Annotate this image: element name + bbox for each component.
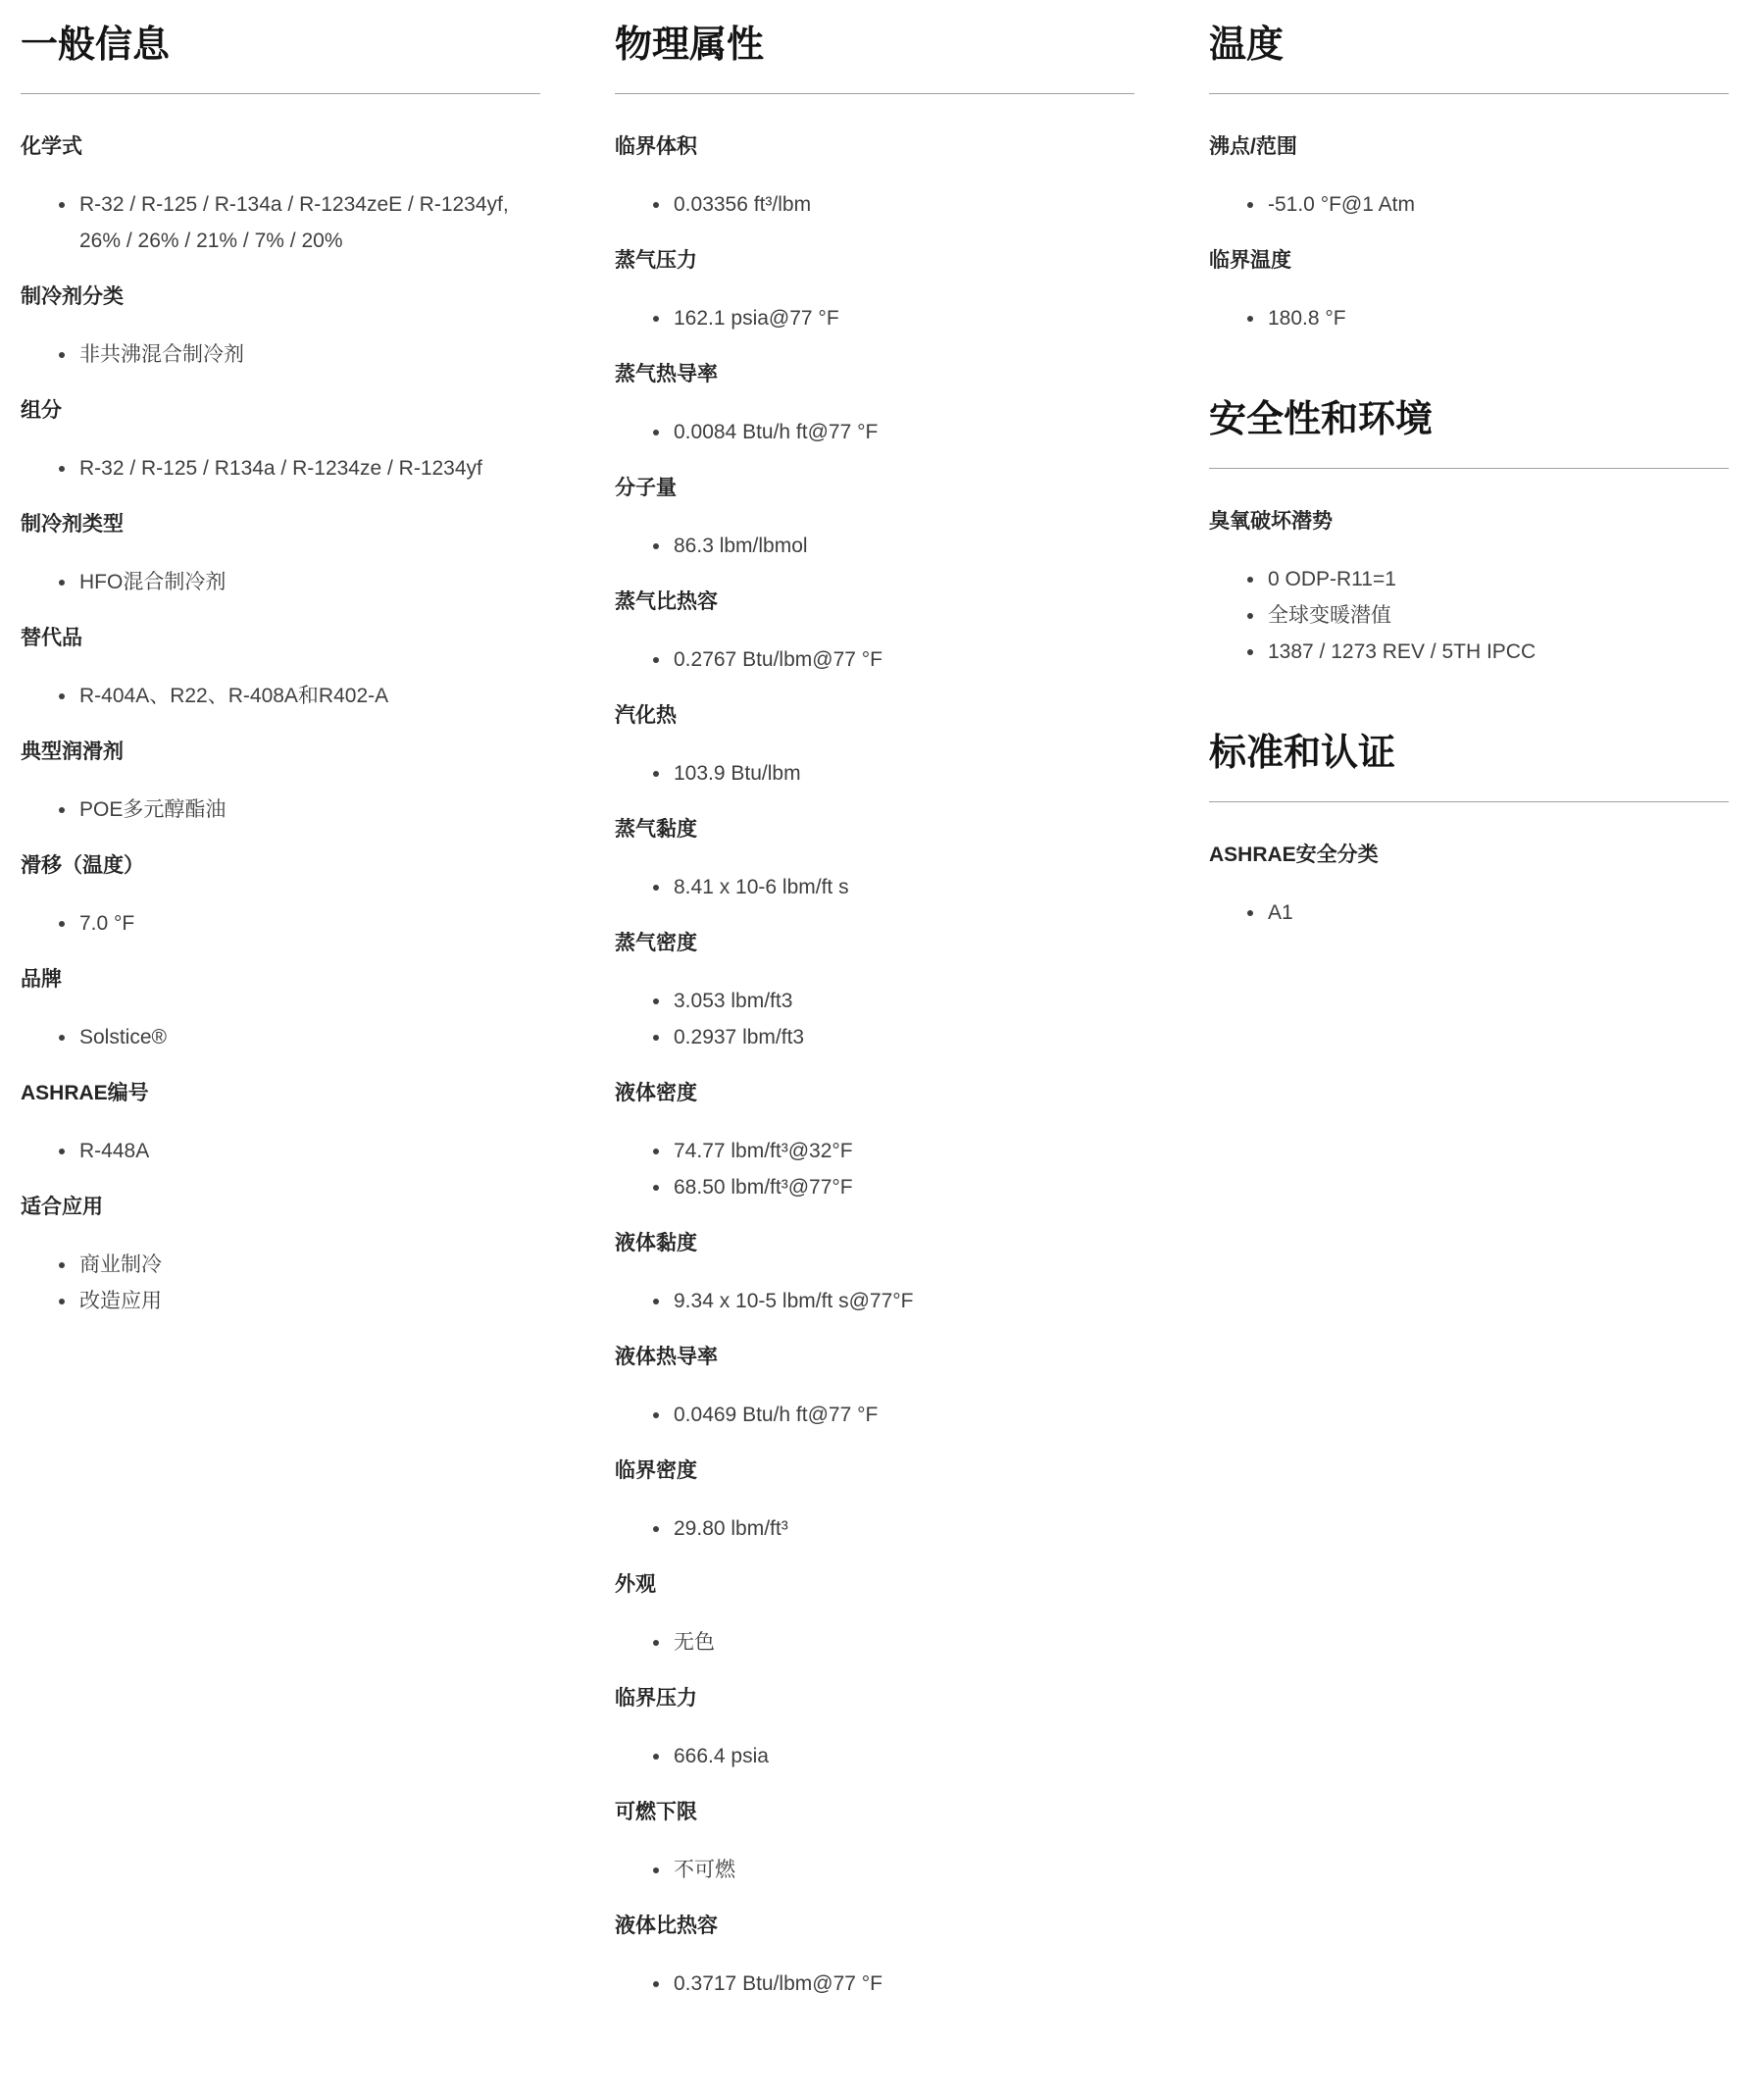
spec-label: 化学式 [21, 128, 540, 165]
spec-list: POE多元醇酯油 [21, 792, 540, 828]
spec-section: 物理属性临界体积0.03356 ft³/lbm蒸气压力162.1 psia@77… [615, 24, 1134, 2002]
spec-column: 温度沸点/范围-51.0 °F@1 Atm临界温度180.8 °F安全性和环境臭… [1209, 24, 1729, 950]
spec-list: R-404A、R22、R-408A和R402-A [21, 678, 540, 714]
spec-block: 沸点/范围-51.0 °F@1 Atm [1209, 128, 1729, 223]
spec-block: 液体黏度9.34 x 10-5 lbm/ft s@77°F [615, 1225, 1134, 1319]
spec-label: 臭氧破坏潜势 [1209, 503, 1729, 539]
spec-block: 臭氧破坏潜势0 ODP-R11=1全球变暖潜值1387 / 1273 REV /… [1209, 503, 1729, 670]
spec-block: 临界密度29.80 lbm/ft³ [615, 1453, 1134, 1547]
spec-column: 物理属性临界体积0.03356 ft³/lbm蒸气压力162.1 psia@77… [615, 24, 1134, 2021]
spec-item: 0.03356 ft³/lbm [672, 186, 1134, 223]
spec-label: 临界压力 [615, 1680, 1134, 1716]
spec-grid: 一般信息化学式R-32 / R-125 / R-134a / R-1234zeE… [21, 24, 1729, 2021]
spec-list: 商业制冷改造应用 [21, 1247, 540, 1319]
spec-item: 103.9 Btu/lbm [672, 755, 1134, 792]
spec-list: 非共沸混合制冷剂 [21, 336, 540, 373]
spec-block: 液体密度74.77 lbm/ft³@32°F68.50 lbm/ft³@77°F [615, 1075, 1134, 1205]
spec-item: HFO混合制冷剂 [77, 564, 540, 600]
spec-label: 蒸气比热容 [615, 584, 1134, 620]
spec-list: 0.3717 Btu/lbm@77 °F [615, 1966, 1134, 2002]
spec-item: 不可燃 [672, 1852, 1134, 1888]
spec-block: 品牌Solstice® [21, 961, 540, 1055]
spec-section: 安全性和环境臭氧破坏潜势0 ODP-R11=1全球变暖潜值1387 / 1273… [1209, 398, 1729, 670]
spec-block: 组分R-32 / R-125 / R134a / R-1234ze / R-12… [21, 392, 540, 486]
spec-item: R-32 / R-125 / R134a / R-1234ze / R-1234… [77, 450, 540, 486]
spec-list: A1 [1209, 894, 1729, 931]
spec-block: 外观无色 [615, 1566, 1134, 1661]
section-divider [1209, 468, 1729, 469]
section-title: 温度 [1209, 24, 1729, 67]
spec-item: R-448A [77, 1133, 540, 1169]
spec-label: 临界温度 [1209, 242, 1729, 279]
spec-block: 蒸气密度3.053 lbm/ft30.2937 lbm/ft3 [615, 925, 1134, 1055]
spec-item: 0.0469 Btu/h ft@77 °F [672, 1397, 1134, 1433]
spec-block: 适合应用商业制冷改造应用 [21, 1189, 540, 1319]
spec-list: 0.03356 ft³/lbm [615, 186, 1134, 223]
spec-block: ASHRAE安全分类A1 [1209, 837, 1729, 931]
spec-list: Solstice® [21, 1019, 540, 1055]
spec-item: 商业制冷 [77, 1247, 540, 1283]
spec-list: 86.3 lbm/lbmol [615, 528, 1134, 564]
spec-label: 典型润滑剂 [21, 734, 540, 770]
spec-page: 一般信息化学式R-32 / R-125 / R-134a / R-1234zeE… [0, 0, 1764, 2061]
spec-block: 滑移（温度）7.0 °F [21, 847, 540, 942]
spec-list: 666.4 psia [615, 1738, 1134, 1774]
spec-label: 蒸气密度 [615, 925, 1134, 961]
section-divider [615, 93, 1134, 94]
spec-block: 制冷剂类型HFO混合制冷剂 [21, 506, 540, 600]
spec-list: 162.1 psia@77 °F [615, 300, 1134, 336]
spec-label: 临界密度 [615, 1453, 1134, 1489]
spec-block: 蒸气热导率0.0084 Btu/h ft@77 °F [615, 356, 1134, 450]
spec-list: -51.0 °F@1 Atm [1209, 186, 1729, 223]
spec-block: 替代品R-404A、R22、R-408A和R402-A [21, 620, 540, 714]
spec-list: 0.2767 Btu/lbm@77 °F [615, 641, 1134, 678]
spec-item: 0.0084 Btu/h ft@77 °F [672, 414, 1134, 450]
spec-label: ASHRAE安全分类 [1209, 837, 1729, 873]
spec-block: 分子量86.3 lbm/lbmol [615, 470, 1134, 564]
spec-item: -51.0 °F@1 Atm [1266, 186, 1729, 223]
spec-label: 品牌 [21, 961, 540, 997]
spec-block: 蒸气黏度8.41 x 10-6 lbm/ft s [615, 811, 1134, 905]
spec-label: 制冷剂分类 [21, 279, 540, 315]
spec-label: 制冷剂类型 [21, 506, 540, 542]
spec-block: 可燃下限不可燃 [615, 1794, 1134, 1888]
spec-label: 汽化热 [615, 697, 1134, 734]
section-divider [1209, 93, 1729, 94]
spec-item: R-404A、R22、R-408A和R402-A [77, 678, 540, 714]
section-divider [21, 93, 540, 94]
spec-label: 蒸气黏度 [615, 811, 1134, 847]
spec-list: 0 ODP-R11=1全球变暖潜值1387 / 1273 REV / 5TH I… [1209, 561, 1729, 670]
spec-label: 临界体积 [615, 128, 1134, 165]
spec-list: R-32 / R-125 / R134a / R-1234ze / R-1234… [21, 450, 540, 486]
spec-item: 74.77 lbm/ft³@32°F [672, 1133, 1134, 1169]
spec-block: 制冷剂分类非共沸混合制冷剂 [21, 279, 540, 373]
spec-label: ASHRAE编号 [21, 1075, 540, 1111]
spec-list: 9.34 x 10-5 lbm/ft s@77°F [615, 1283, 1134, 1319]
spec-list: 0.0084 Btu/h ft@77 °F [615, 414, 1134, 450]
spec-label: 适合应用 [21, 1189, 540, 1225]
spec-block: 蒸气压力162.1 psia@77 °F [615, 242, 1134, 336]
spec-section: 标准和认证ASHRAE安全分类A1 [1209, 732, 1729, 931]
spec-label: 液体密度 [615, 1075, 1134, 1111]
spec-item: 9.34 x 10-5 lbm/ft s@77°F [672, 1283, 1134, 1319]
spec-list: 74.77 lbm/ft³@32°F68.50 lbm/ft³@77°F [615, 1133, 1134, 1205]
spec-list: 不可燃 [615, 1852, 1134, 1888]
spec-item: Solstice® [77, 1019, 540, 1055]
section-divider [1209, 801, 1729, 802]
spec-item: POE多元醇酯油 [77, 792, 540, 828]
spec-label: 滑移（温度） [21, 847, 540, 884]
spec-label: 可燃下限 [615, 1794, 1134, 1830]
spec-item: 29.80 lbm/ft³ [672, 1510, 1134, 1547]
spec-list: 8.41 x 10-6 lbm/ft s [615, 869, 1134, 905]
spec-label: 蒸气压力 [615, 242, 1134, 279]
spec-list: 29.80 lbm/ft³ [615, 1510, 1134, 1547]
spec-block: 液体比热容0.3717 Btu/lbm@77 °F [615, 1908, 1134, 2002]
spec-section: 一般信息化学式R-32 / R-125 / R-134a / R-1234zeE… [21, 24, 540, 1319]
spec-item: 666.4 psia [672, 1738, 1134, 1774]
spec-list: R-448A [21, 1133, 540, 1169]
spec-block: 液体热导率0.0469 Btu/h ft@77 °F [615, 1339, 1134, 1433]
spec-section: 温度沸点/范围-51.0 °F@1 Atm临界温度180.8 °F [1209, 24, 1729, 336]
spec-item: 0.2767 Btu/lbm@77 °F [672, 641, 1134, 678]
spec-block: 蒸气比热容0.2767 Btu/lbm@77 °F [615, 584, 1134, 678]
spec-item: 68.50 lbm/ft³@77°F [672, 1169, 1134, 1205]
spec-label: 沸点/范围 [1209, 128, 1729, 165]
spec-item: 全球变暖潜值 [1266, 597, 1729, 634]
spec-label: 外观 [615, 1566, 1134, 1603]
spec-block: 临界压力666.4 psia [615, 1680, 1134, 1774]
spec-list: R-32 / R-125 / R-134a / R-1234zeE / R-12… [21, 186, 540, 259]
spec-label: 替代品 [21, 620, 540, 656]
spec-item: 0.3717 Btu/lbm@77 °F [672, 1966, 1134, 2002]
spec-item: 0.2937 lbm/ft3 [672, 1019, 1134, 1055]
spec-block: ASHRAE编号R-448A [21, 1075, 540, 1169]
spec-item: 162.1 psia@77 °F [672, 300, 1134, 336]
spec-block: 化学式R-32 / R-125 / R-134a / R-1234zeE / R… [21, 128, 540, 259]
spec-label: 液体热导率 [615, 1339, 1134, 1375]
spec-list: 3.053 lbm/ft30.2937 lbm/ft3 [615, 983, 1134, 1055]
spec-column: 一般信息化学式R-32 / R-125 / R-134a / R-1234zeE… [21, 24, 540, 1339]
section-title: 物理属性 [615, 24, 1134, 67]
spec-label: 液体比热容 [615, 1908, 1134, 1944]
section-title: 一般信息 [21, 24, 540, 67]
spec-item: 86.3 lbm/lbmol [672, 528, 1134, 564]
spec-item: 无色 [672, 1624, 1134, 1661]
spec-label: 分子量 [615, 470, 1134, 506]
spec-item: 8.41 x 10-6 lbm/ft s [672, 869, 1134, 905]
spec-item: 7.0 °F [77, 905, 540, 942]
spec-list: HFO混合制冷剂 [21, 564, 540, 600]
spec-list: 103.9 Btu/lbm [615, 755, 1134, 792]
spec-list: 0.0469 Btu/h ft@77 °F [615, 1397, 1134, 1433]
spec-item: 1387 / 1273 REV / 5TH IPCC [1266, 634, 1729, 670]
spec-item: 0 ODP-R11=1 [1266, 561, 1729, 597]
spec-label: 液体黏度 [615, 1225, 1134, 1261]
spec-item: R-32 / R-125 / R-134a / R-1234zeE / R-12… [77, 186, 540, 259]
spec-block: 典型润滑剂POE多元醇酯油 [21, 734, 540, 828]
spec-label: 蒸气热导率 [615, 356, 1134, 392]
spec-block: 临界体积0.03356 ft³/lbm [615, 128, 1134, 223]
section-title: 安全性和环境 [1209, 398, 1729, 441]
spec-list: 无色 [615, 1624, 1134, 1661]
spec-item: 3.053 lbm/ft3 [672, 983, 1134, 1019]
spec-item: 180.8 °F [1266, 300, 1729, 336]
spec-block: 临界温度180.8 °F [1209, 242, 1729, 336]
spec-list: 7.0 °F [21, 905, 540, 942]
spec-list: 180.8 °F [1209, 300, 1729, 336]
spec-item: A1 [1266, 894, 1729, 931]
section-title: 标准和认证 [1209, 732, 1729, 775]
spec-item: 改造应用 [77, 1283, 540, 1319]
spec-label: 组分 [21, 392, 540, 429]
spec-item: 非共沸混合制冷剂 [77, 336, 540, 373]
spec-block: 汽化热103.9 Btu/lbm [615, 697, 1134, 792]
